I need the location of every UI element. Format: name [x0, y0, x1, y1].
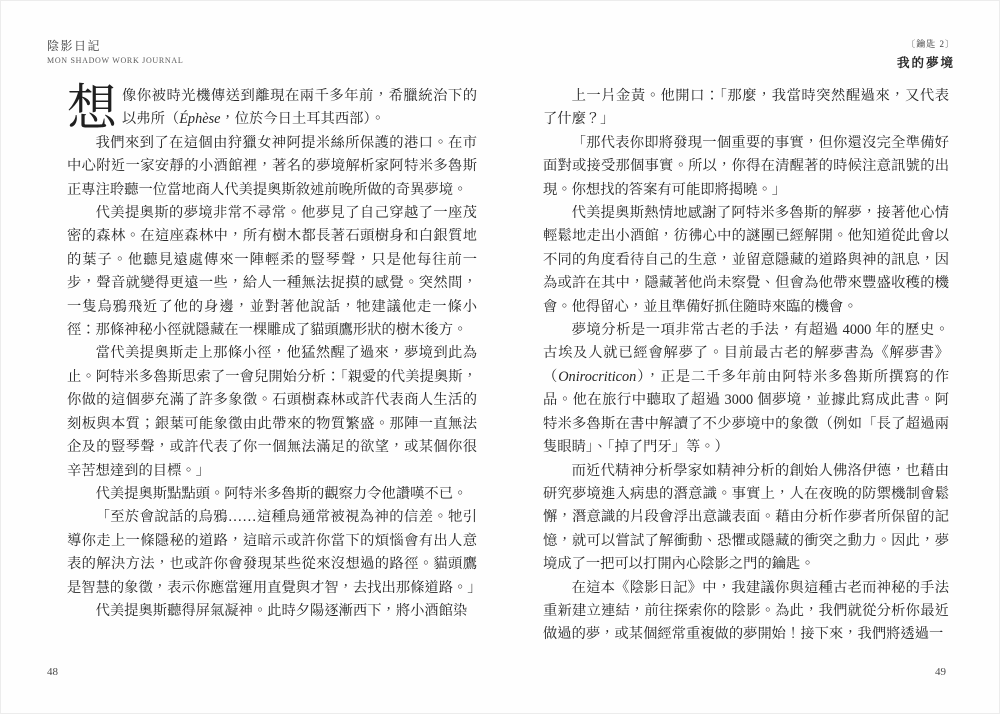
paragraph: 代美提奧斯熱情地感謝了阿特米多魯斯的解夢，接著他心情輕鬆地走出小酒館，彷彿心中的…: [543, 202, 949, 319]
chapter-title: 我的夢境: [897, 53, 955, 71]
text-run: 代美提奧斯熱情地感謝了阿特米多魯斯的解夢，接著他心情輕鬆地走出小酒館，彷彿心中的…: [543, 205, 949, 315]
text-run: 當代美提奧斯走上那條小徑，他猛然醒了過來，夢境到此為止。阿特米多魯斯思索了一會兒…: [67, 345, 477, 478]
paragraph: 上一片金黃。他開口：「那麼，我當時突然醒過來，又代表了什麼？」: [543, 85, 949, 132]
book-spread: 陰影日記 MON SHADOW WORK JOURNAL 〔鑰匙 2〕 我的夢境…: [0, 0, 1000, 714]
book-title: 陰影日記: [47, 37, 183, 54]
right-text-column: 上一片金黃。他開口：「那麼，我當時突然醒過來，又代表了什麼？」「那代表你即將發現…: [543, 85, 949, 647]
text-run: 我們來到了在這個由狩獵女神阿提米絲所保護的港口。在市中心附近一家安靜的小酒館裡，…: [67, 135, 477, 198]
text-run: 而近代精神分析學家如精神分析的創始人佛洛伊德，也藉由研究夢境進入病患的潛意識。事…: [543, 463, 949, 573]
italic-text: Éphèse: [179, 111, 220, 127]
paragraph: 代美提奧斯的夢境非常不尋常。他夢見了自己穿越了一座茂密的森林。在這座森林中，所有…: [67, 202, 477, 342]
text-run: 「至於會說話的烏鴉……這種鳥通常被視為神的信差。牠引導你走上一條隱秘的道路，這暗…: [67, 509, 482, 595]
paragraph: 而近代精神分析學家如精神分析的創始人佛洛伊德，也藉由研究夢境進入病患的潛意識。事…: [543, 460, 949, 577]
paragraph: 在這本《陰影日記》中，我建議你與這種古老而神秘的手法重新建立連結，前往探索你的陰…: [543, 577, 949, 647]
text-run: 「那代表你即將發現一個重要的事實，但你還沒完全準備好面對或接受那個事實。所以，你…: [543, 135, 949, 198]
page-number-right: 49: [935, 666, 946, 678]
paragraph: 代美提奧斯點點頭。阿特米多魯斯的觀察力令他讚嘆不已。: [67, 483, 477, 506]
text-run: 在這本《陰影日記》中，我建議你與這種古老而神秘的手法重新建立連結，前往探索你的陰…: [543, 580, 949, 643]
text-run: ，位於今日土耳其西部）。: [220, 111, 384, 127]
key-number-label: 〔鑰匙 2〕: [897, 37, 955, 50]
paragraph: 當代美提奧斯走上那條小徑，他猛然醒了過來，夢境到此為止。阿特米多魯斯思索了一會兒…: [67, 342, 477, 482]
drop-cap: 想: [67, 85, 122, 130]
left-running-header: 陰影日記 MON SHADOW WORK JOURNAL: [47, 37, 183, 65]
text-run: 代美提奧斯點點頭。阿特米多魯斯的觀察力令他讚嘆不已。: [96, 486, 468, 502]
paragraph: 代美提奧斯聽得屏氣凝神。此時夕陽逐漸西下，將小酒館染: [67, 600, 477, 623]
italic-text: Onirocriticon: [558, 369, 636, 385]
text-run: 代美提奧斯聽得屏氣凝神。此時夕陽逐漸西下，將小酒館染: [96, 603, 468, 619]
text-run: 上一片金黃。他開口：「那麼，我當時突然醒過來，又代表了什麼？」: [543, 88, 949, 127]
text-run: 代美提奧斯的夢境非常不尋常。他夢見了自己穿越了一座茂密的森林。在這座森林中，所有…: [67, 205, 477, 338]
page-number-left: 48: [47, 666, 58, 678]
opening-paragraph: 想像你被時光機傳送到離現在兩千多年前，希臘統治下的以弗所（Éphèse，位於今日…: [67, 85, 477, 132]
paragraph: 我們來到了在這個由狩獵女神阿提米絲所保護的港口。在市中心附近一家安靜的小酒館裡，…: [67, 132, 477, 202]
paragraph: 「那代表你即將發現一個重要的事實，但你還沒完全準備好面對或接受那個事實。所以，你…: [543, 132, 949, 202]
opening-paragraph-text: 像你被時光機傳送到離現在兩千多年前，希臘統治下的以弗所（Éphèse，位於今日土…: [122, 88, 477, 127]
paragraph: 夢境分析是一項非常古老的手法，有超過 4000 年的歷史。古埃及人就已經會解夢了…: [543, 319, 949, 459]
paragraph: 「至於會說話的烏鴉……這種鳥通常被視為神的信差。牠引導你走上一條隱秘的道路，這暗…: [67, 506, 477, 600]
right-running-header: 〔鑰匙 2〕 我的夢境: [897, 37, 955, 71]
left-text-column: 想像你被時光機傳送到離現在兩千多年前，希臘統治下的以弗所（Éphèse，位於今日…: [67, 85, 477, 623]
book-subtitle: MON SHADOW WORK JOURNAL: [47, 56, 183, 65]
